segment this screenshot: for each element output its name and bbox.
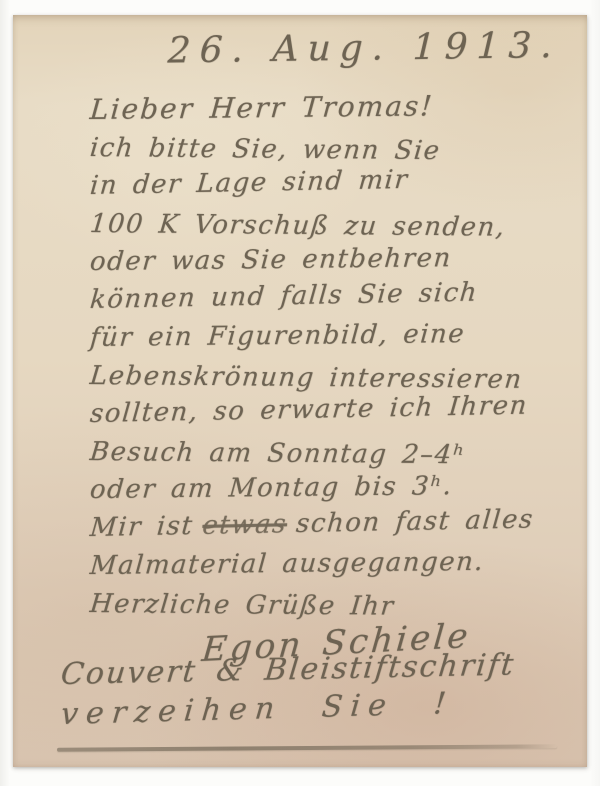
struck-word: etwas [201,509,288,541]
scan-background: 26. Aug. 1913. Lieber Herr Tromas! ich b… [0,0,600,786]
postscript-line: verzeihen Sie ! [59,686,455,732]
letter-line: können und falls Sie sich [88,272,535,318]
letter-line: für ein Figurenbild, eine [89,314,535,357]
line-text-before-strike: Mir ist [89,511,195,543]
letter-line-with-correction: Mir istetwasschon fast alles [88,500,535,546]
postscript-underline [57,744,557,751]
salutation-line: Lieber Herr Tromas! [89,86,535,129]
date-line: 26. Aug. 1913. [167,25,562,71]
letter-paper: 26. Aug. 1913. Lieber Herr Tromas! ich b… [13,15,587,767]
line-text-after-strike: schon fast alles [295,504,535,539]
letter-line: sollten, so erwarte ich Ihren [88,386,535,432]
letter-line: in der Lage sind mir [88,158,535,204]
letter-line: Malmaterial ausgegangen. [89,542,535,585]
letter-body: Lieber Herr Tromas! ich bitte Sie, wenn … [90,91,533,669]
